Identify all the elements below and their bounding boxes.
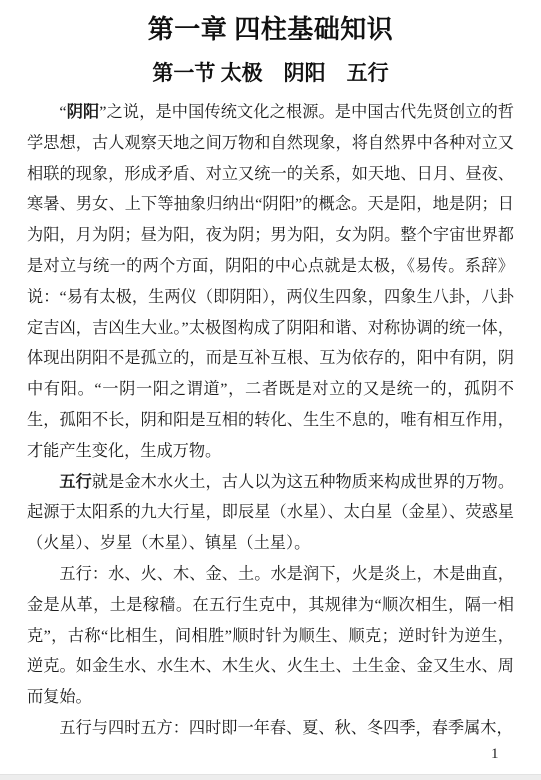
- scan-edge: [0, 774, 541, 780]
- paragraph: 五行：水、火、木、金、土。水是润下，火是炎上，木是曲直，金是从革，土是稼穑。在五…: [27, 559, 514, 713]
- text-run: ”之说，是中国传统文化之根源。是中国古代先贤创立的哲学思想，古人观察天地之间万物…: [27, 103, 514, 460]
- text-run: 五行与四时五方：四时即一年春、夏、秋、冬四季，春季属木，: [59, 719, 512, 737]
- section-title: 第一节 太极 阴阳 五行: [0, 59, 541, 88]
- text-run: 五行：水、火、木、金、土。水是润下，火是炎上，木是曲直，金是从革，土是稼穑。在五…: [27, 565, 514, 706]
- emphasis-term: 五行: [59, 473, 91, 491]
- text-run: “: [59, 103, 66, 121]
- page-number: 1: [491, 747, 499, 762]
- paragraph: 五行与四时五方：四时即一年春、夏、秋、冬四季，春季属木，: [27, 713, 514, 744]
- chapter-title: 第一章 四柱基础知识: [0, 0, 541, 47]
- page-body: “阴阳”之说，是中国传统文化之根源。是中国古代先贤创立的哲学思想，古人观察天地之…: [27, 97, 514, 744]
- paragraph: 五行就是金木水火土，古人以为这五种物质来构成世界的万物。起源于太阳系的九大行星，…: [27, 467, 514, 559]
- paragraph: “阴阳”之说，是中国传统文化之根源。是中国古代先贤创立的哲学思想，古人观察天地之…: [27, 97, 514, 467]
- book-page: 第一章 四柱基础知识 第一节 太极 阴阳 五行 “阴阳”之说，是中国传统文化之根…: [0, 0, 541, 780]
- emphasis-term: 阴阳: [67, 103, 100, 121]
- text-run: 就是金木水火土，古人以为这五种物质来构成世界的万物。起源于太阳系的九大行星，即辰…: [27, 473, 514, 553]
